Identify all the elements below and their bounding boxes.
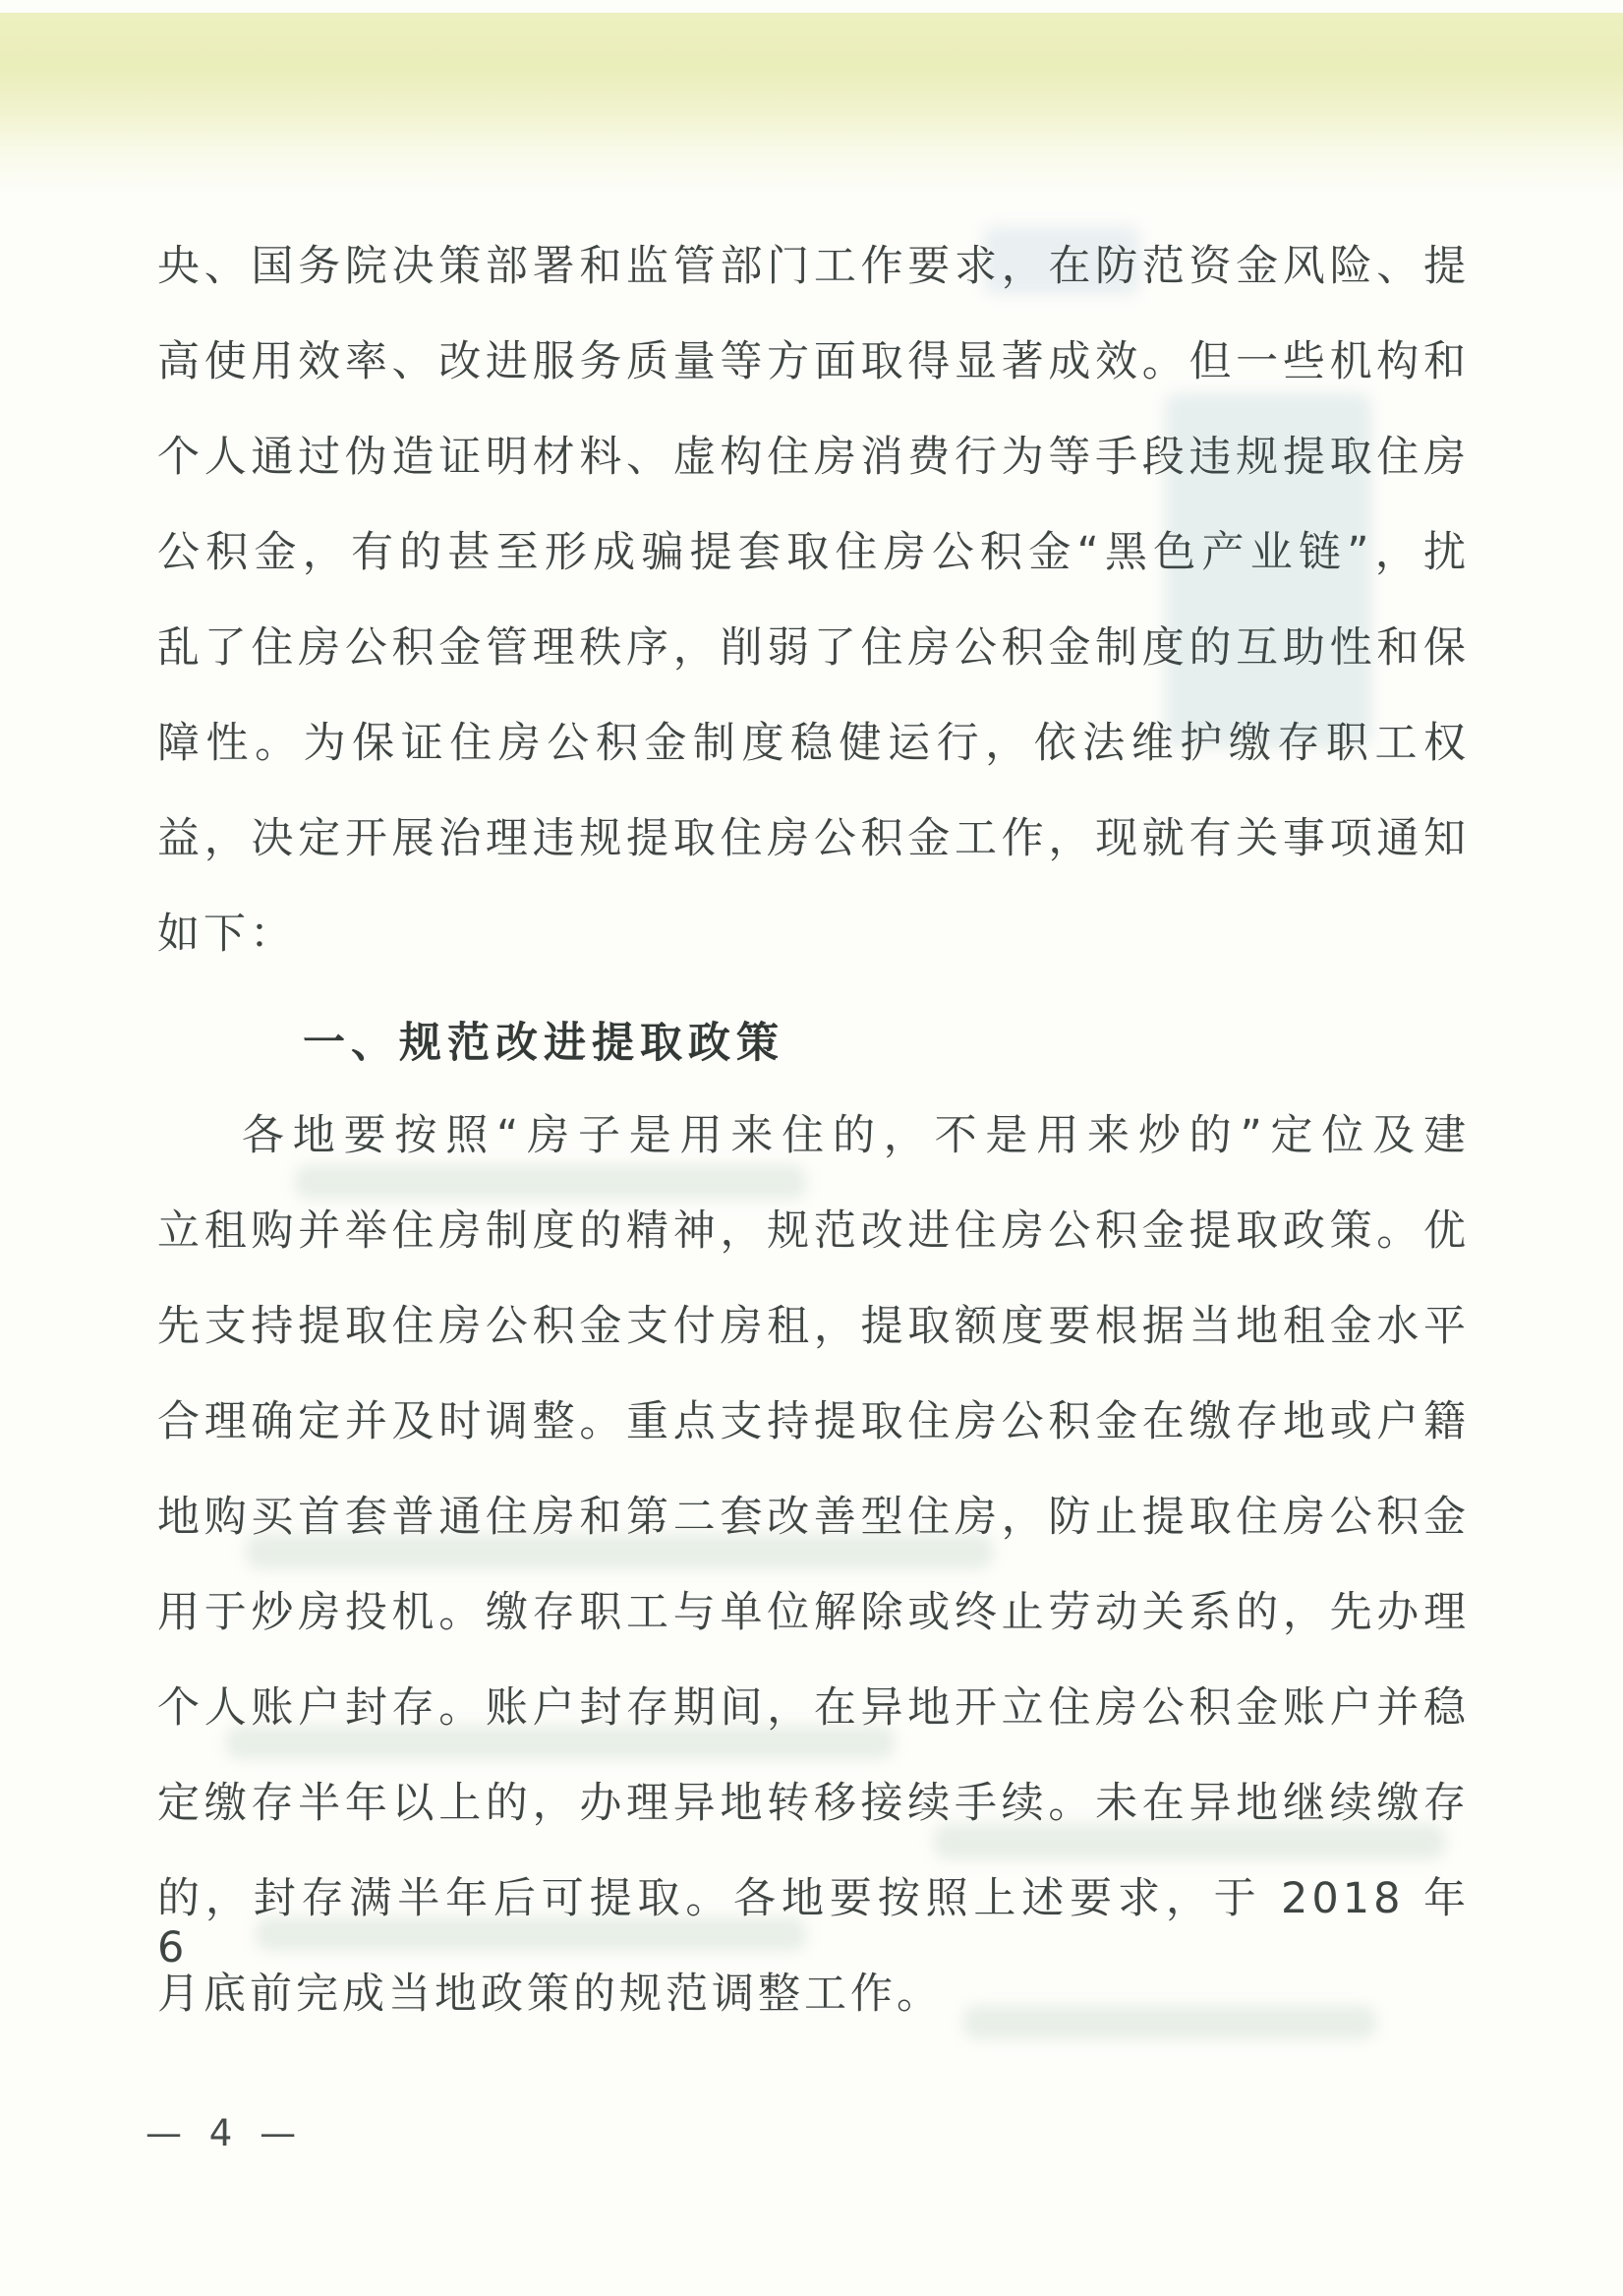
scan-gradient-band [0, 13, 1623, 195]
body-text-line: 高使用效率、改进服务质量等方面取得显著成效。但一些机构和 [157, 337, 1470, 386]
body-text-line: 个人账户封存。账户封存期间，在异地开立住房公积金账户并稳 [157, 1683, 1470, 1733]
body-text-line: 立租购并举住房制度的精神，规范改进住房公积金提取政策。优 [157, 1207, 1470, 1256]
scanned-document-page: 央、国务院决策部署和监管部门工作要求，在防范资金风险、提 高使用效率、改进服务质… [0, 0, 1623, 2296]
body-text-line: 各地要按照“房子是用来住的，不是用来炒的”定位及建 [157, 1111, 1470, 1160]
body-text-line: 定缴存半年以上的，办理异地转移接续手续。未在异地继续缴存 [157, 1779, 1470, 1828]
body-text-line: 月底前完成当地政策的规范调整工作。 [157, 1970, 1470, 2019]
body-text-line: 乱了住房公积金管理秩序，削弱了住房公积金制度的互助性和保 [157, 623, 1470, 673]
body-text-line: 合理确定并及时调整。重点支持提取住房公积金在缴存地或户籍 [157, 1397, 1470, 1446]
section-heading: 一、规范改进提取政策 [157, 1019, 1615, 1068]
body-text-line: 用于炒房投机。缴存职工与单位解除或终止劳动关系的，先办理 [157, 1588, 1470, 1637]
body-text-line: 障性。为保证住房公积金制度稳健运行，依法维护缴存职工权 [157, 719, 1470, 768]
body-text-line: 央、国务院决策部署和监管部门工作要求，在防范资金风险、提 [157, 242, 1470, 291]
body-text-line: 益，决定开展治理违规提取住房公积金工作，现就有关事项通知 [157, 814, 1470, 863]
body-text-line: 先支持提取住房公积金支付房租，提取额度要根据当地租金水平 [157, 1302, 1470, 1351]
bleed-through-artifact [934, 1824, 1445, 1859]
page-number: — 4 — [145, 2112, 304, 2154]
body-text-line: 地购买首套普通住房和第二套改善型住房，防止提取住房公积金 [157, 1493, 1470, 1542]
body-text-line: 如下： [157, 910, 1470, 959]
body-text-line: 个人通过伪造证明材料、虚构住房消费行为等手段违规提取住房 [157, 433, 1470, 482]
body-text-line: 的，封存满半年后可提取。各地要按照上述要求，于 2018 年 6 [157, 1874, 1470, 1972]
bleed-through-artifact [295, 1165, 806, 1199]
body-text-line: 公积金，有的甚至形成骗提套取住房公积金“黑色产业链”，扰 [157, 528, 1470, 577]
